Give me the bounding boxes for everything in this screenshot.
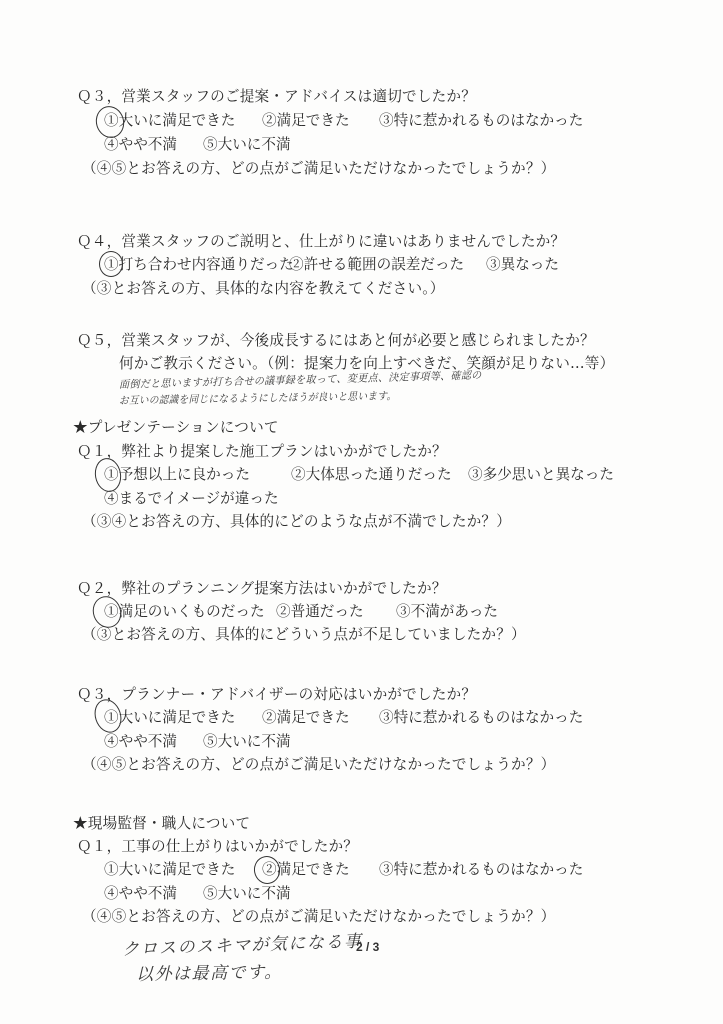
presentation-q1-followup: （③④とお答えの方、具体的にどのような点が不満でしたか？）: [82, 513, 511, 531]
presentation-q1-option-1[interactable]: ①予想以上に良かった: [104, 466, 250, 484]
site-q1-option-1[interactable]: ①大いに満足できた: [104, 861, 235, 879]
site-q1-option-2[interactable]: ②満足できた: [262, 861, 350, 879]
site-q1-followup: （④⑤とお答えの方、どの点がご満足いただけなかったでしょうか？）: [82, 908, 555, 926]
sales-q4-question: Ｑ４，営業スタッフのご説明と、仕上がりに違いはありませんでしたか？: [77, 233, 565, 251]
site-q1-handwritten-answer-2: 以外は最高です。: [136, 957, 283, 985]
site-q1-handwritten-answer-1: クロスのスキマが気になる事: [122, 927, 363, 960]
sales-q3-option-5[interactable]: ⑤大いに不満: [203, 136, 291, 154]
sales-q3-followup: （④⑤とお答えの方、どの点がご満足いただけなかったでしょうか？）: [82, 160, 555, 178]
presentation-q3-option-1[interactable]: ①大いに満足できた: [104, 709, 235, 727]
sales-q3-option-2[interactable]: ②満足できた: [262, 112, 350, 130]
presentation-q2-option-1[interactable]: ①満足のいくものだった: [104, 603, 265, 621]
sales-q3-option-4[interactable]: ④やや不満: [104, 136, 177, 154]
presentation-q2-question: Ｑ２，弊社のプランニング提案方法はいかがでしたか？: [77, 580, 447, 598]
presentation-q2-option-2[interactable]: ②普通だった: [276, 603, 364, 621]
site-section-heading: ★現場監督・職人について: [73, 815, 250, 833]
page-number: 2 / 3: [356, 940, 379, 954]
sales-q4-option-1[interactable]: ①打ち合わせ内容通りだった: [104, 256, 294, 274]
presentation-q3-option-5[interactable]: ⑤大いに不満: [203, 733, 291, 751]
sales-q4-option-3[interactable]: ③異なった: [486, 256, 559, 274]
sales-q5-question: Ｑ５，営業スタッフが、今後成長するにはあと何が必要と感じられましたか？: [77, 332, 595, 350]
presentation-q1-option-2[interactable]: ②大体思った通りだった: [291, 466, 452, 484]
sales-q3-option-1[interactable]: ①大いに満足できた: [104, 112, 235, 130]
presentation-q3-followup: （④⑤とお答えの方、どの点がご満足いただけなかったでしょうか？）: [82, 756, 555, 774]
presentation-q3-option-4[interactable]: ④やや不満: [104, 733, 177, 751]
sales-q3-option-3[interactable]: ③特に惹かれるものはなかった: [379, 112, 583, 130]
presentation-q3-option-2[interactable]: ②満足できた: [262, 709, 350, 727]
sales-q5-handwritten-answer-2: お互いの認識を同じになるようにしたほうが良いと思います。: [119, 388, 397, 408]
sales-q4-option-2[interactable]: ②許せる範囲の誤差だった: [289, 256, 464, 274]
site-q1-option-5[interactable]: ⑤大いに不満: [203, 885, 291, 903]
survey-page: Ｑ３，営業スタッフのご提案・アドバイスは適切でしたか？ ①大いに満足できた ②満…: [0, 0, 723, 1024]
presentation-q2-option-3[interactable]: ③不満があった: [396, 603, 498, 621]
presentation-q3-option-3[interactable]: ③特に惹かれるものはなかった: [379, 709, 583, 727]
presentation-section-heading: ★プレゼンテーションについて: [73, 419, 279, 437]
site-q1-option-4[interactable]: ④やや不満: [104, 885, 177, 903]
site-q1-question: Ｑ１，工事の仕上がりはいかがでしたか？: [77, 838, 358, 856]
presentation-q3-question: Ｑ３，プランナー・アドバイザーの対応はいかがでしたか？: [77, 686, 476, 704]
presentation-q1-option-3[interactable]: ③多少思いと異なった: [468, 466, 614, 484]
sales-q3-question: Ｑ３，営業スタッフのご提案・アドバイスは適切でしたか？: [77, 88, 476, 106]
presentation-q2-followup: （③とお答えの方、具体的にどういう点が不足していましたか？）: [82, 626, 526, 644]
sales-q4-followup: （③とお答えの方、具体的な内容を教えてください。）: [82, 280, 445, 298]
presentation-q1-option-4[interactable]: ④まるでイメージが違った: [104, 490, 279, 508]
presentation-q1-question: Ｑ１，弊社より提案した施工プランはいかがでしたか？: [77, 443, 447, 461]
site-q1-option-3[interactable]: ③特に惹かれるものはなかった: [379, 861, 583, 879]
